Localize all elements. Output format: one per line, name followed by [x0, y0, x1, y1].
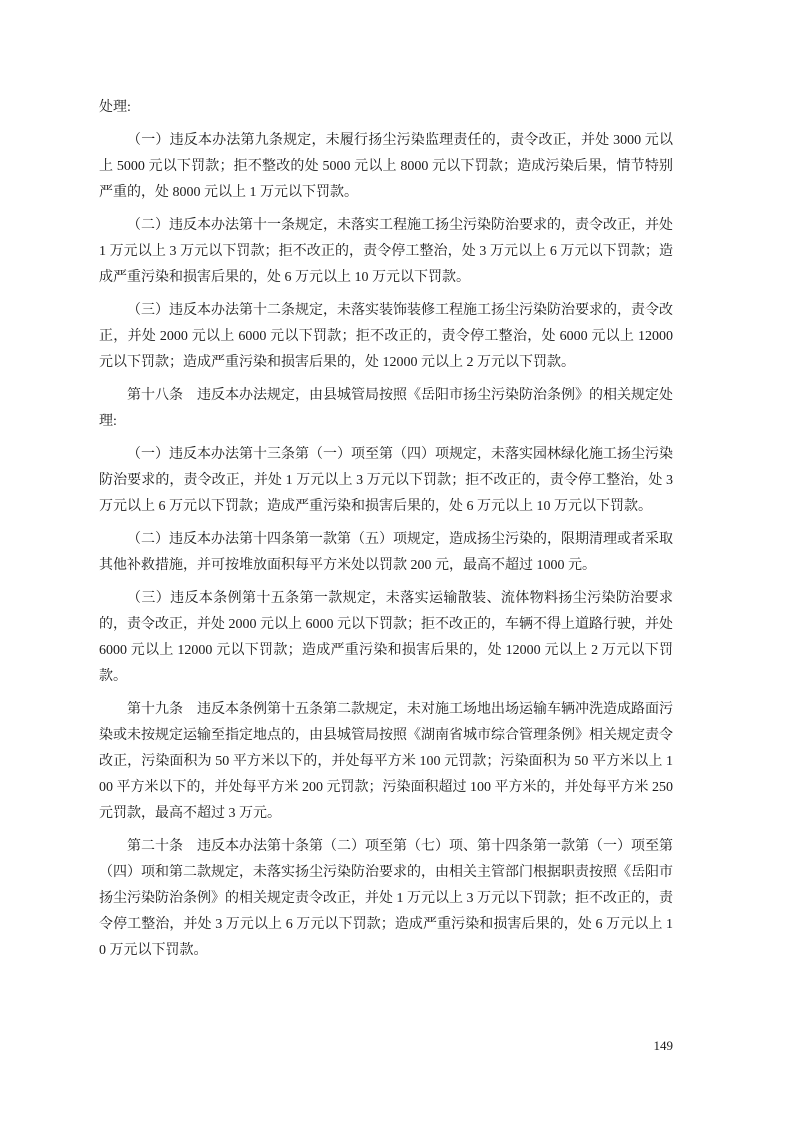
- paragraph-article-18: 第十八条 违反本办法规定，由县城管局按照《岳阳市扬尘污染防治条例》的相关规定处理…: [99, 383, 673, 435]
- document-page: 处理: （一）违反本办法第九条规定，未履行扬尘污染监理责任的，责令改正，并处 3…: [0, 0, 793, 1122]
- paragraph-item-3-article-12: （三）违反本办法第十二条规定，未落实装饰装修工程施工扬尘污染防治要求的，责令改正…: [99, 298, 673, 376]
- paragraph-item-2-article-11: （二）违反本办法第十一条规定，未落实工程施工扬尘污染防治要求的，责令改正，并处 …: [99, 213, 673, 291]
- paragraph-article-20: 第二十条 违反本办法第十条第（二）项至第（七）项、第十四条第一款第（一）项至第（…: [99, 834, 673, 964]
- paragraph-item-1-article-13: （一）违反本办法第十三条第（一）项至第（四）项规定，未落实园林绿化施工扬尘污染防…: [99, 442, 673, 520]
- document-body: 处理: （一）违反本办法第九条规定，未履行扬尘污染监理责任的，责令改正，并处 3…: [99, 95, 673, 971]
- paragraph-article-19: 第十九条 违反本条例第十五条第二款规定，未对施工场地出场运输车辆冲洗造成路面污染…: [99, 697, 673, 827]
- page-number: 149: [99, 1037, 673, 1055]
- paragraph-item-1-article-9: （一）违反本办法第九条规定，未履行扬尘污染监理责任的，责令改正，并处 3000 …: [99, 128, 673, 206]
- paragraph-item-3-article-15: （三）违反本条例第十五条第一款规定，未落实运输散装、流体物料扬尘污染防治要求的，…: [99, 586, 673, 690]
- paragraph-item-2-article-14: （二）违反本办法第十四条第一款第（五）项规定，造成扬尘污染的，限期清理或者采取其…: [99, 527, 673, 579]
- paragraph-handling-label: 处理:: [99, 95, 673, 121]
